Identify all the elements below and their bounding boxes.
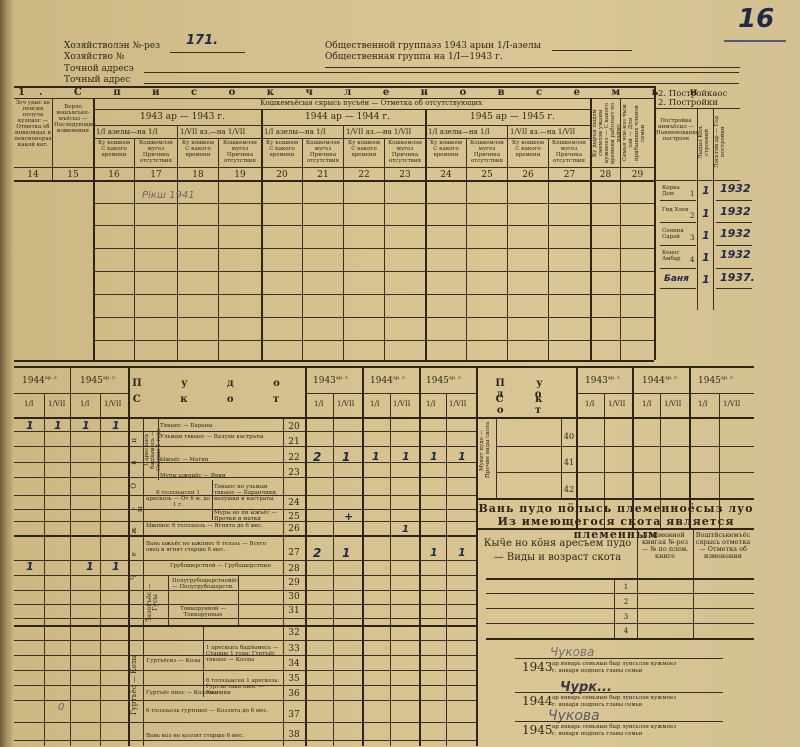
row-num: 30 <box>284 592 304 602</box>
hw-entry: 2 <box>313 546 321 560</box>
row-label-29: Полугрубошерстнойёс — Полугрубошерсти. <box>172 578 234 590</box>
row-num: 23 <box>284 468 304 478</box>
row-num: 37 <box>284 710 304 720</box>
col-num-16: 16 <box>94 170 134 180</box>
building-year: 1932 <box>720 248 751 261</box>
hw-entry: 1 <box>458 546 466 559</box>
right-period: 1/VII <box>723 400 740 408</box>
mid-period: 1/I <box>426 400 436 408</box>
right-year-1945: 1945ар. г. <box>698 373 734 386</box>
row-num: 34 <box>284 659 304 669</box>
group-6mo-1yr: 6 толэзьысен 1 арескозь — От 6 м. до 1 г… <box>146 490 210 508</box>
row-num: 26 <box>284 524 304 534</box>
building-index: 3 <box>690 234 694 242</box>
hw-entry: 1 <box>86 560 94 573</box>
right-period: 1/I <box>642 400 652 408</box>
row-num: 24 <box>284 498 304 508</box>
col24-header: Ку кошкем С какого времени <box>427 140 465 158</box>
col19-header: Кошкемлэн мугез Причина отсутствия <box>219 140 261 164</box>
hw-entry: 2 <box>313 450 321 464</box>
row-num: 33 <box>284 644 304 654</box>
year-1943-label: 1943 ар — 1943 г. <box>140 112 225 122</box>
period-1944-jan: 1/I азелы—на 1/I <box>264 128 326 136</box>
col22-header: Ку кошкем С какого времени <box>345 140 383 158</box>
page-number: 16 <box>738 4 774 34</box>
row-label-28: Грубошерстной — Грубошерстные <box>170 563 280 569</box>
building-year: 1932 <box>720 227 751 240</box>
hw-entry: 1 <box>82 419 90 432</box>
col-num-24: 24 <box>426 170 466 180</box>
group-label-ru: Общественная группа на 1/I—1943 г. <box>325 52 503 62</box>
row-num: 35 <box>284 674 304 684</box>
left-period-1944-jan: 1/I <box>24 400 34 408</box>
period-1945-jul: 1/VII аз.—на 1/VII <box>510 128 575 136</box>
row-num: 21 <box>284 437 304 447</box>
row-label-26: Ыжпиос 6 толэзьозь — Ягнята до 6 мес. <box>146 523 281 529</box>
hw-entry: 1 <box>430 450 438 463</box>
row-num: 42 <box>562 485 576 494</box>
period-1945-jan: 1/I азелы—на 1/I <box>428 128 490 136</box>
year-1944-label: 1944 ар — 1944 г. <box>305 112 390 122</box>
signature-year-1944: 1944 <box>522 694 553 708</box>
building-index: 4 <box>690 256 694 264</box>
hw-entry: 1 <box>342 450 350 464</box>
building-name: Сенник Сарай <box>662 228 692 240</box>
household-no-label-ru: Хозяйство № <box>64 52 124 62</box>
building-name: Кенос Амбар <box>662 250 692 262</box>
col-num-21: 21 <box>303 170 343 180</box>
right-period: 1/I <box>585 400 595 408</box>
col-num-25: 25 <box>467 170 507 180</box>
row-num: 27 <box>284 548 304 558</box>
col-num-28: 28 <box>591 170 620 180</box>
row-label-21: Ульмам тякыос — Валухи кастраты <box>160 434 280 440</box>
building-count: 1 <box>702 184 710 197</box>
right-year-1944: 1944ар. г. <box>642 373 678 386</box>
hw-entry: 1 <box>458 450 466 463</box>
col14-header: Ӟеч удыс ке пенсия получа кузпаос — Отме… <box>14 100 52 148</box>
livestock-title-ru-right: С к о т <box>478 394 574 416</box>
col-building-count: Лыдыз Кол. строений <box>698 112 712 172</box>
building-count: 1 <box>702 229 710 242</box>
col21-header: Кошкемлэн мугез Причина отсутствия <box>303 140 343 164</box>
pedigree-col-change: Воштӥськемъёс сярысь отметка — Отметка о… <box>695 532 751 560</box>
col27-header: Кошкемлэн мугез Причина отсутствия <box>549 140 589 164</box>
left-year-1945: 1945ар. г. <box>80 373 116 386</box>
row-num: 31 <box>284 606 304 616</box>
col-num-23: 23 <box>385 170 425 180</box>
pedigree-row-num: 4 <box>615 627 637 635</box>
section2-title-ru: 2. Постройки <box>658 98 718 108</box>
hw-entry: 1 <box>26 560 34 573</box>
address-label-komi: Точной адресэ <box>64 64 134 74</box>
group-sheep: Ӵ е ж - О в ц ы <box>131 430 141 580</box>
livestock-title-komi: П у д о <box>130 378 300 389</box>
building-name: Гид Хлев <box>662 207 692 213</box>
signature-year-1945: 1945 <box>522 723 553 737</box>
signature-text: ар январь семьяын быр луисьлэн кужмоез <box>552 695 752 701</box>
year-1945-label: 1945 ар — 1945 г. <box>470 112 555 122</box>
mid-period: 1/VII <box>337 400 354 408</box>
col-building-year: Лэсьтэм ар — Год постройки <box>714 112 738 172</box>
pedigree-col-kind: Кыӵе но кӧня аресъем пудо — Виды и возра… <box>480 537 635 565</box>
hw-entry: + <box>344 510 353 523</box>
col-num-29: 29 <box>621 170 654 180</box>
group-label-komi: Общественной группаэз 1943 арын 1/I-азел… <box>325 41 541 51</box>
row-label-37: Гуртъёс пиос — Козочки <box>146 690 281 696</box>
hw-entry: 1 <box>430 546 438 559</box>
left-period-1945-jul: 1/VII <box>104 400 121 408</box>
pedigree-col-book: Племенной книгая №-рез — № по плем. книг… <box>639 532 691 560</box>
building-count: 1 <box>702 207 710 220</box>
row-label-24: Тякыос но ульмам тякыос — Баранчики, вал… <box>214 484 284 502</box>
col-num-20: 20 <box>262 170 302 180</box>
row-label-39: Вань коз но козлят старше 6 мес. <box>146 733 281 739</box>
right-period: 1/I <box>698 400 708 408</box>
livestock-title-ru: С к о т <box>130 394 300 405</box>
hw-entry: 1 <box>402 450 410 463</box>
household-no-label-komi: Хозяйстволэн №-рез <box>64 41 160 51</box>
row-num: 22 <box>284 453 304 463</box>
building-year: 1932 <box>720 182 751 195</box>
row-label-35: Гуртъёсиз — Козы <box>146 658 201 664</box>
period-1943-jan: 1/I азелы—на 1/I <box>96 128 158 136</box>
col-building-name: Постройка нимъёсыз — Наименование постро… <box>656 118 696 142</box>
col-num-17: 17 <box>135 170 177 180</box>
mid-period: 1/I <box>314 400 324 408</box>
col-num-26: 26 <box>508 170 548 180</box>
group-wool: Ӟазегъёс — Гусы <box>146 578 166 628</box>
left-period-1944-jul: 1/VII <box>48 400 65 408</box>
col23-header: Кошкемлэн мугез Причина отсутствия <box>385 140 425 164</box>
col-num-19: 19 <box>219 170 261 180</box>
building-index: 1 <box>690 190 694 198</box>
col15-header: Берло вошъяське-мъёсыз — Последующие изм… <box>54 104 92 134</box>
row-label-27: Вань ыжъёс но ыжпиос 6 толэзь — Всего ов… <box>146 541 281 553</box>
absent-header: Кошкемъёсыя сярысь пусъёи — Отметка об о… <box>260 99 482 107</box>
signature-text: ар январь семьяын быр луисьлэн кужмоез <box>552 661 752 667</box>
left-period-1945-jan: 1/I <box>80 400 90 408</box>
col29-header: Семья чле-нэз ӵыж зэй — Для прибывших чл… <box>622 102 652 164</box>
row-label-38: 6 толэзьозь гуртпиос — Козлята до 6 мес. <box>146 708 281 714</box>
building-year: 1937. <box>720 271 755 284</box>
col-num-15: 15 <box>53 170 93 180</box>
row-label-23: Муры ыжпиёс — Ярки <box>160 473 280 479</box>
col18-header: Ку кошкем С какого времени <box>179 140 217 158</box>
hw-entry: 1 <box>54 419 62 432</box>
pedigree-row-num: 1 <box>615 583 637 591</box>
right-period: 1/VII <box>664 400 681 408</box>
pedigree-title-komi: Вань пудо пӧлысь племенноёсыз луо <box>478 502 754 515</box>
address-label-ru: Точный адрес <box>64 75 130 85</box>
col17-header: Кошкемлэн мугез Причина отсутствия <box>135 140 177 164</box>
building-name: Баня <box>664 274 689 284</box>
household-no-value: 171. <box>186 33 218 48</box>
mid-year-1944: 1944ар. г. <box>370 373 406 386</box>
row-num: 20 <box>284 422 304 432</box>
signature-text: г. января подпись главы семьи <box>552 731 752 737</box>
hw-entry: 1 <box>342 546 350 560</box>
right-year-1943: 1943ар. г. <box>585 373 621 386</box>
mid-year-1943: 1943ар. г. <box>313 373 349 386</box>
hw-entry: 1 <box>26 419 34 432</box>
building-count: 1 <box>702 251 710 264</box>
group-older-1yr: 1 арескысь бадӟымесь — Старше 1 года <box>144 420 158 480</box>
col26-header: Ку кошкем С какого времени <box>509 140 547 158</box>
row-label-34: 1 арескысь бадӟымесь — Старше 1 года: Гу… <box>206 645 281 663</box>
section1-title: 1. С п и с о к ч л е н о в с е м ь и <box>18 87 711 98</box>
period-1943-jul: 1/VII аз.—на 1/VII <box>180 128 245 136</box>
col20-header: Ку кошкем С какого времени <box>263 140 301 158</box>
pedigree-row-num: 3 <box>615 613 637 621</box>
col16-header: Ку кошкем С какого времени <box>95 140 133 158</box>
mid-period: 1/VII <box>393 400 410 408</box>
col25-header: Кошкемлэн мугез Причина отсутствия <box>467 140 507 164</box>
other-livestock-label: Мукет пудо — Прочие виды скота <box>479 420 495 480</box>
page-number-underline <box>724 40 786 42</box>
row-num: 29 <box>284 578 304 588</box>
pencil-note: Рікш 1941 <box>142 190 195 201</box>
col-num-18: 18 <box>178 170 218 180</box>
hw-entry: 0 <box>58 702 64 713</box>
row-num: 38 <box>284 730 304 740</box>
right-period: 1/VII <box>608 400 625 408</box>
row-num: 40 <box>562 432 576 441</box>
hw-entry: 1 <box>112 419 120 432</box>
col-num-22: 22 <box>344 170 384 180</box>
mid-period: 1/VII <box>449 400 466 408</box>
signature-year-1943: 1943 <box>522 660 553 674</box>
building-count: 1 <box>702 273 710 286</box>
col-num-14: 14 <box>14 170 52 180</box>
col-num-27: 27 <box>549 170 590 180</box>
period-1944-jul: 1/VII аз.—на 1/VII <box>346 128 411 136</box>
row-num: 36 <box>284 689 304 699</box>
signature-text: ар январь семьяын быр луисьлэн кужмоез <box>552 724 752 730</box>
hw-entry: 1 <box>372 450 380 463</box>
row-label-31: Тонкорунной — Тонкорунные <box>172 606 234 618</box>
row-num: 25 <box>284 512 304 522</box>
mid-year-1945: 1945ар. г. <box>426 373 462 386</box>
row-num: 32 <box>284 628 304 638</box>
mid-period: 1/I <box>370 400 380 408</box>
hw-entry: 1 <box>402 524 409 535</box>
building-name: Корка Дом <box>662 185 692 197</box>
hw-entry: 1 <box>112 560 120 573</box>
signature-text: г. января подпись главы семьи <box>552 668 752 674</box>
building-year: 1932 <box>720 205 751 218</box>
building-index: 2 <box>690 212 694 220</box>
row-label-20: Тякыос — Бараны <box>160 423 280 429</box>
pedigree-row-num: 2 <box>615 598 637 606</box>
row-num: 41 <box>562 458 576 467</box>
row-num: 28 <box>284 564 304 574</box>
signature-1943: Чукова <box>550 645 594 659</box>
left-year-1944: 1944ар. г. <box>22 373 58 386</box>
col28-header: Ку дыръя лыдзм смемлэн ужаны кужмоез — С… <box>592 102 618 164</box>
